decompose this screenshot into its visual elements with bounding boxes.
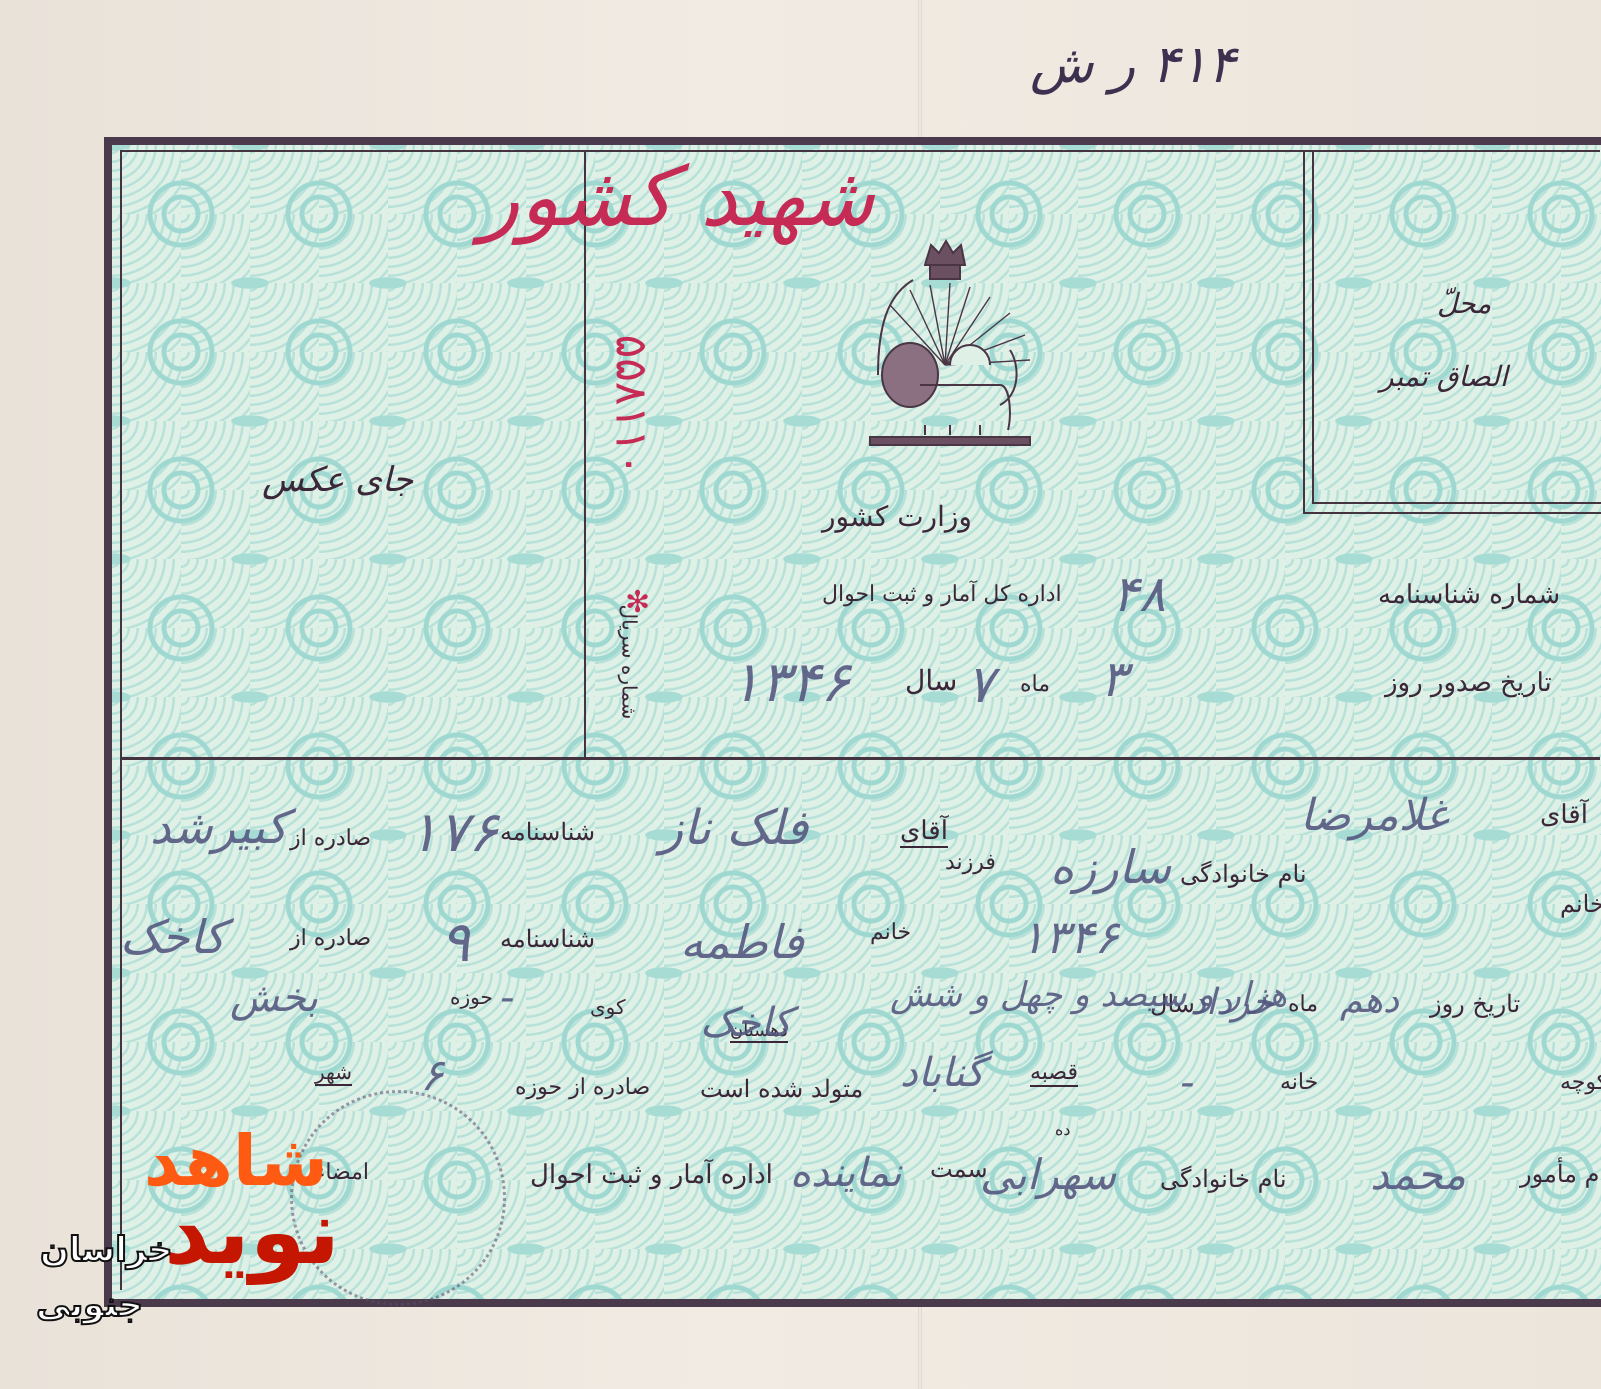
ministry-name: وزارت کشور [822, 500, 972, 533]
holder-first-name: غلامرضا [1300, 790, 1448, 841]
asterisk-mark: ✻ [625, 585, 650, 620]
position-value: نماینده [790, 1150, 902, 1196]
issue-day-value: ۳ [1100, 650, 1127, 708]
street-label: کوچه [1560, 1070, 1601, 1095]
logo-line2: نوید [164, 1180, 340, 1285]
officer-name: محمد [1370, 1150, 1466, 1199]
birth-year-value: ۱۳۴۶ [1020, 910, 1119, 964]
birth-month-label: ماه [1288, 992, 1318, 1017]
stamp-box-left-outer [1303, 152, 1305, 512]
father-name: فلک ناز [660, 800, 808, 856]
position-label: سمت [930, 1155, 988, 1183]
house-label: خانه [1280, 1070, 1318, 1095]
father-issued-from-value: کبیرشد [150, 800, 288, 854]
officer-label: نام مأمور [1520, 1160, 1601, 1188]
section-divider [120, 757, 1600, 760]
stamp-box-bottom-inner [1312, 502, 1601, 504]
city-value: گناباد [900, 1050, 984, 1096]
father-issued-from-label: صادره از [290, 826, 371, 851]
issue-year-value: ۱۳۴۶ [730, 650, 850, 715]
issue-month-label: ماه [1020, 672, 1050, 697]
district-label: حوزه [450, 985, 493, 1009]
mother-id-value: ۹ [440, 910, 470, 975]
family-name-label: نام خانوادگی [1180, 860, 1307, 888]
issue-year-label: سال [905, 664, 957, 697]
serial-number: ۵۵۸۱۱۰ [605, 335, 656, 477]
department-name: اداره کل آمار و ثبت احوال [822, 582, 1062, 607]
father-id-label: شناسنامه [500, 818, 595, 846]
stamp-place-line1: محلّ [1437, 287, 1491, 320]
martyr-annotation: شهید کشور [480, 150, 875, 245]
id-number-label: شماره شناسنامه [1378, 580, 1560, 610]
logo-line3: خراسان [40, 1230, 173, 1270]
birth-date-label: تاریخ روز [1430, 990, 1520, 1018]
city-label: شهر [315, 1060, 352, 1086]
serial-label: شماره سریال [617, 605, 641, 720]
inner-border-left [120, 150, 122, 1290]
mother-label-right: خانم [1560, 890, 1601, 918]
alley-label: کوی [590, 995, 626, 1019]
alley-value: - [500, 975, 514, 1021]
village-value: کاخک [700, 1000, 792, 1046]
lion-and-sun-emblem-icon [850, 225, 1040, 450]
photo-place-label: جای عکس [262, 460, 413, 500]
birth-year-words: هزار و سیصد و چهل و شش [890, 975, 1287, 1015]
issue-date-label: تاریخ صدور روز [1385, 668, 1552, 698]
mother-id-label: شناسنامه [500, 925, 595, 953]
holder-family-name: سارزه [1050, 840, 1171, 894]
mother-issued-from-label: صادره از [290, 926, 371, 951]
officer-family-label: نام خانوادگی [1160, 1165, 1287, 1193]
father-label: آقای [900, 816, 948, 848]
birth-day-value: دهم [1340, 980, 1399, 1021]
stamp-box-bottom-outer [1303, 512, 1601, 514]
officer-family-value: سهرابی [980, 1150, 1116, 1199]
town-label: قصبه [1030, 1060, 1078, 1087]
stamp-box-left-inner [1312, 152, 1314, 502]
born-label: متولد شده است [700, 1075, 863, 1103]
father-id-value: ۱۷۶ [408, 800, 498, 865]
issued-from-district-label: صادره از حوزه [515, 1075, 650, 1100]
id-number-value: ۴۸ [1112, 565, 1166, 623]
mr-label: آقای [1540, 800, 1588, 830]
house-value: - [1180, 1060, 1194, 1106]
logo-line4: جنوبی [36, 1285, 143, 1325]
top-handwritten-note: ۴۱۴ ر ش [1030, 35, 1235, 95]
district-value: بخش [230, 975, 318, 1021]
mother-issued-from-value: کاخک [120, 910, 226, 964]
child-of-label: فرزند [945, 850, 996, 875]
watermark-logo: شاهد نوید خراسان جنوبی [80, 1120, 340, 1370]
mother-label: خانم [870, 920, 911, 945]
office-label: اداره آمار و ثبت احوال [530, 1160, 773, 1190]
hamlet-label: ده [1055, 1120, 1071, 1139]
stamp-place-line2: الصاق تمبر [1380, 360, 1508, 393]
mother-name: فاطمه [680, 915, 804, 969]
issue-month-value: ۷ [966, 655, 994, 715]
